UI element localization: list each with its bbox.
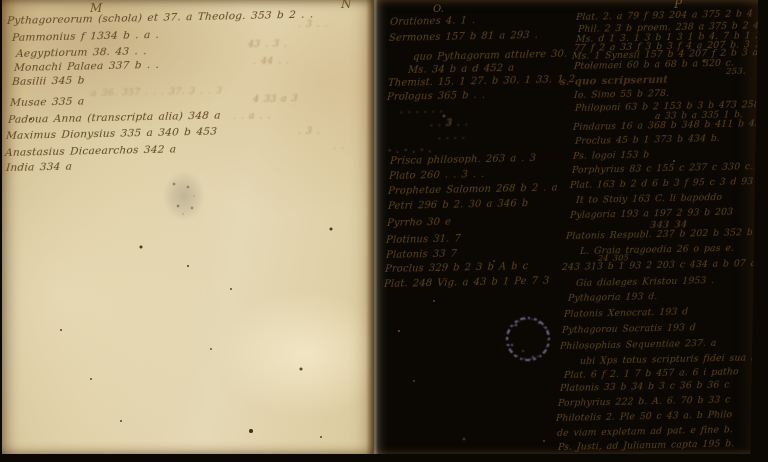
bleedthrough-fragment: . . a . . — [233, 111, 271, 121]
bleedthrough-fragment: 4 33 a 3 — [253, 94, 298, 104]
bleedthrough-fragment: a 36. 357 . . . 37. 3 . . 3 — [91, 86, 223, 98]
handwritten-entry: Plat. 6 f 2. 1 7 b 457 a. 6 i patho — [564, 367, 739, 380]
handwritten-entry: Philosophias Sequentiae 237. a — [560, 339, 717, 351]
right-page: O. P Orationes 4. 1 .Sermones 157 b 81 a… — [373, 0, 758, 454]
handwritten-entry: Io. Simo 55 b 278. — [574, 89, 670, 100]
handwritten-entry: Ps. logoi 153 b — [573, 150, 650, 161]
left-page: M N Pythagoreorum (schola) et 37. a Theo… — [2, 0, 373, 454]
bleedthrough-fragment: . 3 . . — [298, 19, 329, 29]
handwritten-entry: 243 313 b 1 93 2 203 c 434 a b 07 a — [562, 259, 757, 272]
handwritten-entry: Pylagoria 193 a 197 2 93 b 203 — [570, 208, 734, 221]
manuscript-photo: M N Pythagoreorum (schola) et 37. a Theo… — [0, 0, 768, 462]
handwritten-entry: Plat. 163 b 2 d 6 b 3 f 95 c 3 d 93 b — [570, 177, 765, 190]
bleedthrough-fragment: 43 . 3 . — [248, 39, 288, 49]
handwritten-entry: It to Stoiy 163 C. li bapoddo — [576, 193, 723, 205]
handwritten-entry: Ps. Justi, ad Julianum capta 195 b. — [558, 439, 735, 452]
bleedthrough-fragment: . 44 . . — [253, 56, 290, 66]
handwritten-entry: Pythagorou Socratis 193 d — [562, 323, 696, 335]
handwritten-entry: Ptolemaei 60 b a 68 b a 320 c. — [574, 59, 735, 72]
page-fold-shadow — [366, 0, 378, 454]
handwritten-entry: Platonis Respubl. 237 b 202 b 352 b — [566, 228, 753, 241]
handwritten-entry: Porphyrius 222 b. A. 6. 70 b 33 c — [558, 395, 731, 408]
handwritten-entry: 253. — [726, 68, 746, 77]
handwritten-entry: s. quo scripserunt — [560, 76, 669, 88]
handwritten-entry: Pindarus 16 a 368 b 348 b 411 b 43 — [573, 119, 762, 132]
handwritten-entry: Pythagoria 193 d. — [568, 292, 658, 303]
handwritten-entry: Platonis Xenocrat. 193 d — [564, 307, 689, 319]
bleedthrough-fragment: . . — [333, 142, 345, 152]
handwritten-entry: ubi Xps totus scripturis fidei sua b — [580, 353, 758, 366]
left-page-bleedthrough: . 3 . .43 . 3 .. 44 . .a 36. 357 . . . 3… — [2, 0, 373, 454]
handwritten-entry: Gia dialeges Kristou 1953 . — [576, 276, 715, 288]
handwritten-entry: Proclus 45 b 1 373 b 434 b. — [575, 134, 721, 146]
handwritten-entry: de viam expletam ad pat. e fine b. — [557, 425, 734, 438]
round-ink-stamp-icon — [500, 311, 556, 367]
handwritten-entry: Philotelis 2. Ple 50 c 43 a. b Philo — [556, 410, 733, 423]
paper-speckles — [2, 0, 4, 2]
bleedthrough-fragment: . 3 . — [298, 127, 321, 137]
handwritten-entry: Porphyrius 83 c 155 c 237 c 330 c. — [572, 162, 754, 175]
right-page-col2-entries: Plat. 2. a 79 f 93 204 a 375 2 b 4 aPhil… — [373, 0, 758, 454]
handwritten-entry: Platonis 33 b 34 b 3 c 36 b 36 c — [560, 380, 730, 393]
smudge-stamp-icon — [163, 171, 205, 221]
